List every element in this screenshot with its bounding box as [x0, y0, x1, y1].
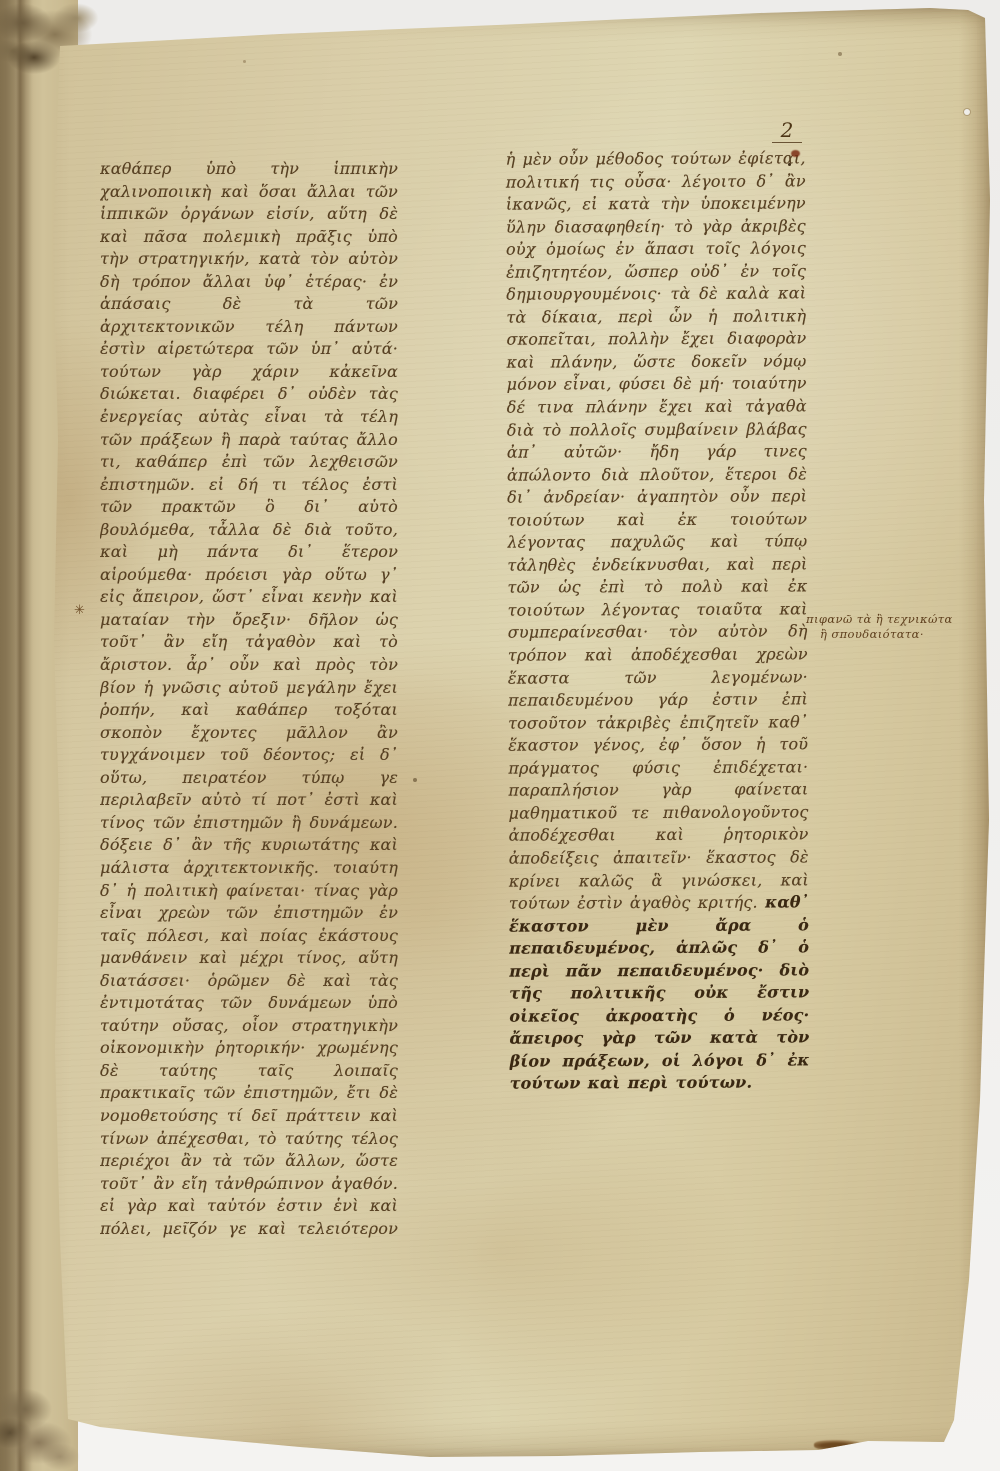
ink-speck — [243, 60, 246, 63]
ink-speck — [413, 778, 417, 782]
text-column-left: καθάπερ ὑπὸ τὴν ἱππικὴν χαλινοποιικὴ καὶ… — [100, 158, 398, 1238]
right-column-lower-text: καθ᾽ ἕκαστον μὲν ἄρα ὁ πεπαιδευμένος, ἁπ… — [509, 892, 810, 1093]
folio-number: 2 — [772, 118, 802, 143]
ink-speck — [838, 52, 842, 56]
manuscript-photo: 2 καθάπερ ὑπὸ τὴν ἱππικὴν χαλινοποιικὴ κ… — [0, 0, 1000, 1471]
right-column-upper-text: ἡ μὲν οὖν μέθοδος τούτων ἐφίεται, πολιτι… — [506, 148, 809, 912]
parchment-leaf: 2 καθάπερ ὑπὸ τὴν ἱππικὴν χαλινοποιικὴ κ… — [0, 0, 1000, 1471]
margin-note: πιφανῶ τὰ ἢ τεχνικώτα ἢ σπουδαιότατα· — [806, 612, 992, 641]
text-column-right: ἡ μὲν οὖν μέθοδος τούτων ἐφίεται, πολιτι… — [506, 147, 811, 1254]
collation-mark: ✳ — [74, 603, 85, 618]
wormhole — [964, 109, 970, 115]
margin-note-line2: ἢ σπουδαιότατα· — [806, 627, 992, 642]
stain-spot — [814, 1440, 866, 1451]
margin-note-line1: πιφανῶ τὰ ἢ τεχνικώτα — [806, 612, 992, 627]
